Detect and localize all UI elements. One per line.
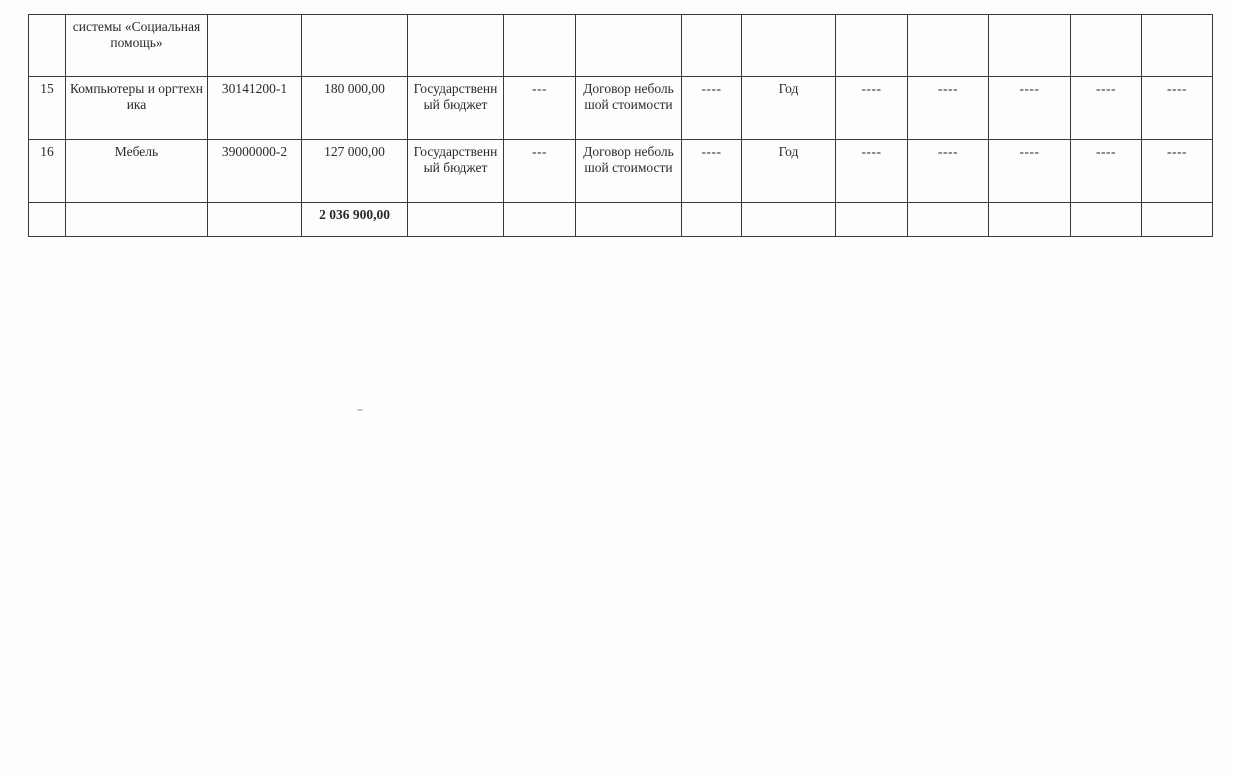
- cell-col-13: ----: [1071, 77, 1142, 140]
- total-amount: 2 036 900,00: [302, 203, 408, 237]
- cell-col-11: ----: [908, 140, 989, 203]
- cell-cpv-code: [208, 203, 302, 237]
- cell-funding-source: Государственный бюджет: [408, 140, 504, 203]
- table-row: 15 Компьютеры и оргтехника 30141200-1 18…: [29, 77, 1213, 140]
- cell-col-8: ----: [682, 77, 742, 140]
- cell-item-name: [66, 203, 208, 237]
- cell-col-13: ----: [1071, 140, 1142, 203]
- cell-col-11: [908, 15, 989, 77]
- cell-col-10: [836, 203, 908, 237]
- cell-funding-source: Государственный бюджет: [408, 77, 504, 140]
- cell-procedure-type: [576, 203, 682, 237]
- cell-number: [29, 203, 66, 237]
- cell-col-8: ----: [682, 140, 742, 203]
- cell-col-10: ----: [836, 140, 908, 203]
- cell-col-12: ----: [989, 140, 1071, 203]
- cell-procedure-type: Договор небольшой стоимости: [576, 140, 682, 203]
- cell-col-14: ----: [1142, 140, 1213, 203]
- cell-col-6: ---: [504, 77, 576, 140]
- cell-item-name: Компьютеры и оргтехника: [66, 77, 208, 140]
- table-row-continuation: системы «Социальная помощь»: [29, 15, 1213, 77]
- cell-period: Год: [742, 140, 836, 203]
- cell-item-name: системы «Социальная помощь»: [66, 15, 208, 77]
- cell-col-6: ---: [504, 140, 576, 203]
- cell-number: 15: [29, 77, 66, 140]
- cell-col-14: [1142, 203, 1213, 237]
- cell-amount: 180 000,00: [302, 77, 408, 140]
- cell-procedure-type: [576, 15, 682, 77]
- cell-col-8: [682, 203, 742, 237]
- cell-col-10: ----: [836, 77, 908, 140]
- cell-cpv-code: 30141200-1: [208, 77, 302, 140]
- cell-cpv-code: 39000000-2: [208, 140, 302, 203]
- procurement-table: системы «Социальная помощь» 15 Компьютер…: [28, 14, 1213, 237]
- cell-col-13: [1071, 15, 1142, 77]
- cell-number: [29, 15, 66, 77]
- cell-period: [742, 15, 836, 77]
- scanned-page: системы «Социальная помощь» 15 Компьютер…: [0, 0, 1234, 777]
- cell-amount: 127 000,00: [302, 140, 408, 203]
- scan-artifact: [357, 409, 363, 411]
- cell-col-13: [1071, 203, 1142, 237]
- cell-item-name: Мебель: [66, 140, 208, 203]
- cell-col-10: [836, 15, 908, 77]
- cell-col-12: [989, 203, 1071, 237]
- cell-procedure-type: Договор небольшой стоимости: [576, 77, 682, 140]
- cell-col-6: [504, 15, 576, 77]
- cell-funding-source: [408, 203, 504, 237]
- cell-col-6: [504, 203, 576, 237]
- cell-col-12: ----: [989, 77, 1071, 140]
- cell-col-14: [1142, 15, 1213, 77]
- cell-period: [742, 203, 836, 237]
- cell-col-12: [989, 15, 1071, 77]
- cell-period: Год: [742, 77, 836, 140]
- cell-col-11: ----: [908, 77, 989, 140]
- cell-col-11: [908, 203, 989, 237]
- table-row-total: 2 036 900,00: [29, 203, 1213, 237]
- cell-cpv-code: [208, 15, 302, 77]
- table-row: 16 Мебель 39000000-2 127 000,00 Государс…: [29, 140, 1213, 203]
- cell-col-8: [682, 15, 742, 77]
- cell-funding-source: [408, 15, 504, 77]
- cell-number: 16: [29, 140, 66, 203]
- cell-amount: [302, 15, 408, 77]
- cell-col-14: ----: [1142, 77, 1213, 140]
